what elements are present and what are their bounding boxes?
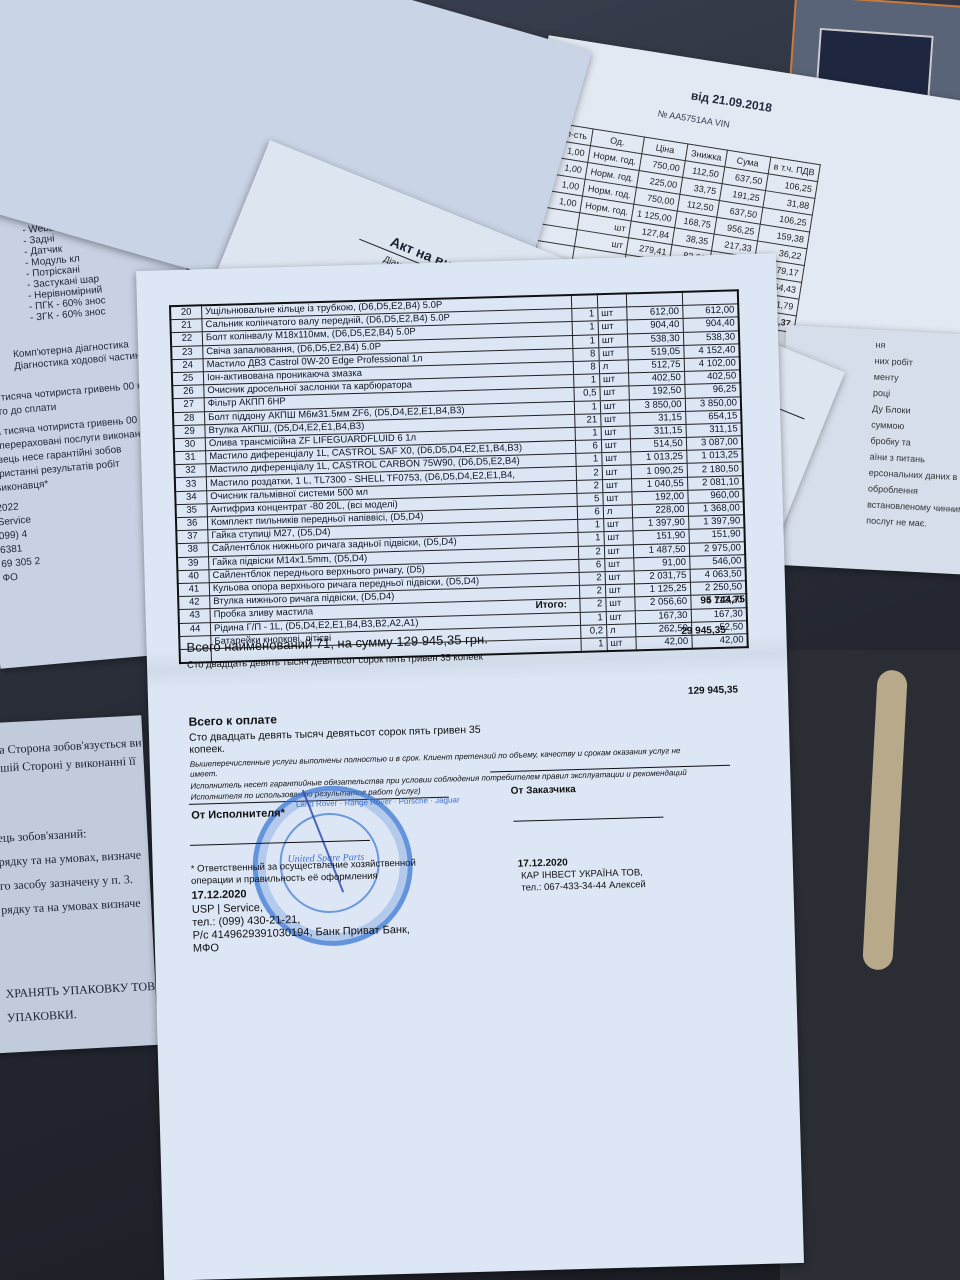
cell-price: 192,00 [632,490,688,505]
cell-sum: 3 850,00 [685,396,741,411]
cell-num: 25 [172,372,204,386]
cell-qty: 1 [575,427,601,441]
text-line: ього до сплати [0,402,57,419]
executor-info: USP | Service, тел.: (099) 430-21-21, Р/… [192,895,493,955]
text-line: суммою [871,420,905,432]
cell-price: 612,00 [627,306,683,321]
cell-unit: шт [602,452,632,466]
cell-unit: шт [601,439,631,453]
cell-qty: 1 [572,321,598,335]
cell-unit: л [606,624,636,638]
cell-num: 44 [179,622,211,636]
cell-qty: 6 [575,440,601,454]
text-line: го засобу зазначену у п. 3. [0,872,133,894]
text-line: ФО [2,572,18,584]
cell-num: 31 [174,451,206,465]
car-seat-area [780,650,960,1280]
cell-sum: 4 102,00 [684,357,740,372]
text-line: році [873,388,891,399]
cell-sum: 167,30 [691,607,747,622]
text-line: рядку та на умовах визначе [1,896,141,918]
text-line: 69 305 2 [1,556,41,570]
cell-unit: л [603,505,633,519]
cell-unit: л [599,360,629,374]
cell-qty: 1 [581,638,607,652]
cell-unit: шт [605,558,635,572]
text-line: ншій Стороні у виконанні її [0,754,136,776]
cell-price: 1 125,25 [635,582,691,597]
cell-unit: шт [601,426,631,440]
cell-price: 514,50 [631,437,687,452]
main-invoice: 20Ущільнювальне кільце із трубкою, (D6,D… [136,253,804,1280]
cell-price: 904,40 [627,319,683,334]
pay-words: Сто двадцать девять тысяч девятьсот соро… [189,723,490,755]
cell-sum: 2 250,50 [690,581,746,596]
cell-num: 22 [171,332,203,346]
cell-num: 27 [173,398,205,412]
cell-unit: шт [598,333,628,347]
text-line: бробку та [870,435,911,447]
cell-unit: шт [603,518,633,532]
cell-qty: 6 [578,558,604,572]
cell-price: 1 040,55 [632,477,688,492]
cell-num: 40 [177,569,209,583]
cell-qty: 8 [573,361,599,375]
cell-num: 42 [178,596,210,610]
invoice-vin: № AA5751AA VIN [657,108,730,129]
text-line: оброблення [868,483,918,496]
text-line: послуг не має. [866,515,927,528]
cell-qty: 2 [580,598,606,612]
cell-unit: шт [602,478,632,492]
cell-sum: 4 063,50 [690,568,746,583]
text-line: на тисяча чотириста гривень 00 ко [0,380,147,405]
cell-sum: 4 152,40 [683,344,739,359]
cell-num: 29 [173,424,205,438]
cell-sum: 612,00 [682,304,738,319]
cell-num: 39 [177,556,209,570]
cell-qty: 1 [580,611,606,625]
cell-price: 151,90 [633,530,689,545]
cell-sum: 2 180,50 [687,462,743,477]
cell-unit: шт [599,373,629,387]
text-line: 2022 [0,502,19,515]
cell-qty: 2 [578,545,604,559]
text-line: Виконавця* [0,479,49,495]
cell-qty: 1 [572,334,598,348]
cell-num: 32 [174,464,206,478]
cell-qty: 21 [574,413,600,427]
customer-info: КАР ІНВЕСТ УКРАЇНА ТОВ, тел.: 067-433-34… [521,867,646,894]
subtotal-label: Итого: [535,599,567,611]
cell-sum: 546,00 [689,554,745,569]
cell-price: 91,00 [634,556,690,571]
cell-qty: 0,5 [574,387,600,401]
cell-price: 3 850,00 [630,398,686,413]
cell-num: 41 [178,583,210,597]
cell-price: 1 487,50 [634,543,690,558]
cell-num: 38 [177,543,209,557]
cell-qty [571,294,597,308]
cell-unit: шт [602,465,632,479]
text-line: менту [874,372,899,383]
cell-price: 538,30 [628,332,684,347]
cell-price: 167,30 [635,609,691,624]
cell-price: 1 397,90 [633,516,689,531]
customer-line: тел.: 067-433-34-44 Алексей [521,879,646,894]
cell-sum: 1 013,25 [686,449,742,464]
cell-qty: 2 [579,572,605,586]
cell-qty: 6 [577,506,603,520]
cell-sum: 538,30 [683,330,739,345]
seat-belt [862,669,908,970]
subtotal-value: 95 744,75 [700,594,745,606]
cell-unit: шт [600,386,630,400]
background-contract-left: на Сторона зобов'язується виншій Стороні… [0,715,159,1054]
text-line: ець зобов'язаний: [0,826,87,846]
cell-sum: 402,50 [684,370,740,385]
cell-price: 519,05 [628,345,684,360]
cell-num: 35 [176,504,208,518]
cell-price: 512,75 [628,358,684,373]
cell-sum: 1 368,00 [688,502,744,517]
cell-qty: 1 [573,374,599,388]
cell-qty: 5 [577,492,603,506]
cell-qty: 1 [578,532,604,546]
customer-date: 17.12.2020 [518,857,568,869]
cell-price: 31,15 [630,411,686,426]
text-line: ХРАНЯТЬ УПАКОВКУ ТОВ [5,979,155,1002]
cell-qty: 1 [577,519,603,533]
cell-unit: шт [599,347,629,361]
cell-num: 23 [171,345,203,359]
customer-signature-line [514,817,664,822]
cell-price: 311,15 [630,424,686,439]
text-line: них робіт [874,356,913,368]
text-line: аїни з питань [869,451,925,464]
cell-unit: шт [605,571,635,585]
cell-sum: 960,00 [687,489,743,504]
text-line: Ду Блоки [872,404,911,416]
cell-qty: 1 [575,453,601,467]
cell-unit: шт [603,492,633,506]
pay-total-value: 129 945,35 [688,684,738,696]
cell-unit: шт [604,531,634,545]
stamp-ring-text: Land Rover · Range Rover · Porsche · Jag… [296,795,460,809]
cell-sum: 2 081,10 [687,475,743,490]
cell-num: 24 [172,359,204,373]
cell-sum: 2 975,00 [689,541,745,556]
cell-price: 228,00 [633,503,689,518]
cell-num: 37 [176,530,208,544]
cell-num: 43 [178,609,210,623]
text-line: встановленому чинним [867,499,960,514]
invoice-date: від 21.09.2018 [690,88,773,115]
note-line: Исполнитель несет гарантийные обязательс… [190,768,687,791]
text-line: УПАКОВКИ. [7,1007,78,1026]
cell-price: 1 013,25 [631,451,687,466]
cell-num: 34 [175,490,207,504]
cell-num: 33 [175,477,207,491]
cell-price: 192,50 [629,385,685,400]
cell-qty: 0,2 [580,624,606,638]
cell-qty: 1 [574,400,600,414]
cell-sum: 3 087,00 [686,436,742,451]
text-line: ня [875,340,885,351]
cell-unit [597,293,627,308]
cell-price: 1 090,25 [631,464,687,479]
cell-unit: шт [607,637,637,652]
cell-sum: 151,90 [689,528,745,543]
cell-qty: 1 [571,308,597,322]
cell-unit: шт [598,320,628,334]
customer-title: От Заказчика [511,784,576,797]
cell-unit: шт [604,544,634,558]
cell-unit: шт [601,413,631,427]
note-line: имеет. [190,769,218,779]
cell-price: 402,50 [629,371,685,386]
text-line: 6381 [0,543,23,556]
cell-sum: 311,15 [686,423,742,438]
items-table: 20Ущільнювальне кільце із трубкою, (D6,D… [169,289,749,664]
executor-footnote: * Ответственный за осуществление хозяйст… [191,857,452,888]
cell-num: 28 [173,411,205,425]
grand-total-value: 29 945,35 [681,625,726,637]
cell-num: 26 [172,385,204,399]
cell-sum: 904,40 [683,317,739,332]
cell-sum: 96,25 [685,383,741,398]
cell-qty: 2 [576,466,602,480]
cell-qty: 8 [573,347,599,361]
text-line: 099) 4 [0,529,28,542]
cell-sum: 1 397,90 [688,515,744,530]
text-line: Service [0,515,31,529]
cell-sum: 654,15 [685,409,741,424]
executor-date: 17.12.2020 [191,888,246,902]
cell-unit: шт [598,307,628,321]
cell-price: 2 056,60 [635,596,691,611]
cell-qty: 2 [576,479,602,493]
pay-title: Всего к оплате [188,712,277,728]
cell-price: 2 031,75 [634,569,690,584]
cell-unit: шт [600,399,630,413]
cell-price: 42,00 [636,635,692,650]
cell-num: 30 [174,438,206,452]
text-line: ерсональних даних в [869,467,958,482]
cell-unit: шт [606,597,636,611]
cell-num: 21 [170,319,202,333]
cell-unit: шт [606,610,636,624]
cell-num: 20 [170,305,202,320]
cell-qty: 2 [579,585,605,599]
cell-unit: шт [605,584,635,598]
cell-num: 36 [176,517,208,531]
text-line: рядку та на умовах, визначе [0,847,141,869]
